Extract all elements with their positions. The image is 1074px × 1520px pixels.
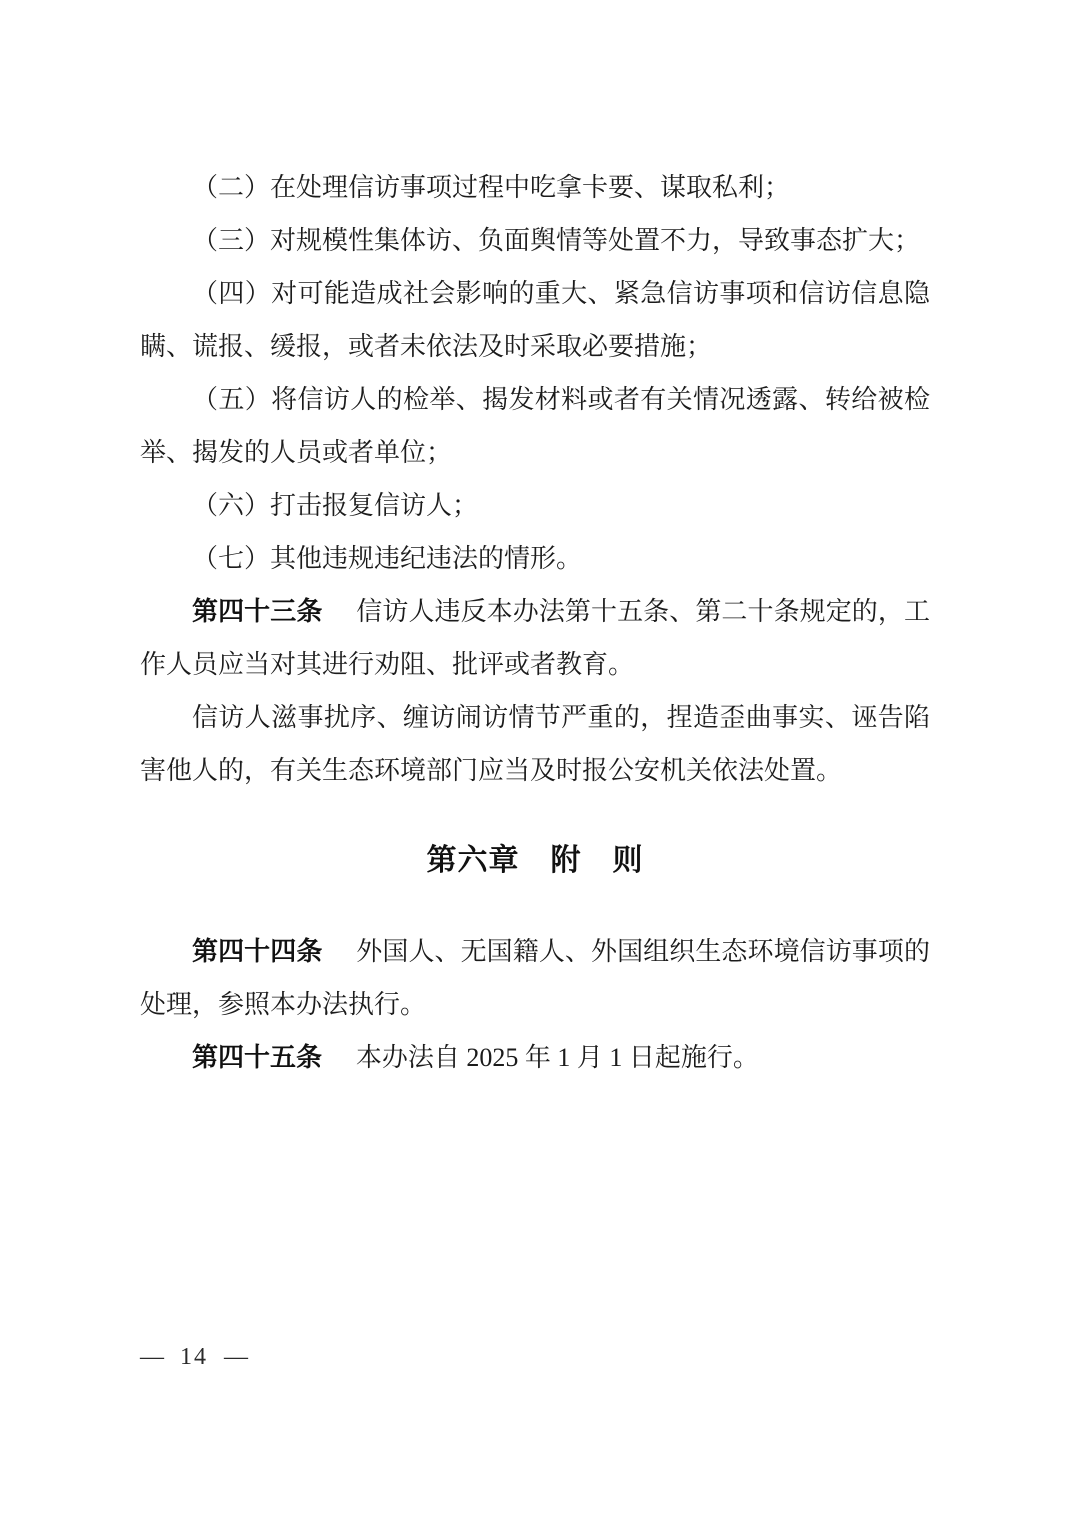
document-page: （二）在处理信访事项过程中吃拿卡要、谋取私利；（三）对规模性集体访、负面舆情等处… xyxy=(0,0,1074,1520)
list-item-paragraph: （五）将信访人的检举、揭发材料或者有关情况透露、转给被检举、揭发的人员或者单位； xyxy=(140,373,930,479)
document-body: （二）在处理信访事项过程中吃拿卡要、谋取私利；（三）对规模性集体访、负面舆情等处… xyxy=(140,161,930,1084)
article-number: 第四十四条 xyxy=(192,936,322,966)
article-number: 第四十三条 xyxy=(192,596,322,626)
list-item-paragraph: （六）打击报复信访人； xyxy=(140,479,930,532)
footer-right-dash: — xyxy=(224,1342,248,1372)
article-paragraph: 第四十五条本办法自 2025 年 1 月 1 日起施行。 xyxy=(140,1031,930,1084)
article-paragraph: 第四十四条外国人、无国籍人、外国组织生态环境信访事项的处理，参照本办法执行。 xyxy=(140,925,930,1031)
list-item-paragraph: （二）在处理信访事项过程中吃拿卡要、谋取私利； xyxy=(140,161,930,214)
list-item-paragraph: （四）对可能造成社会影响的重大、紧急信访事项和信访信息隐瞒、谎报、缓报，或者未依… xyxy=(140,267,930,373)
footer-left-dash: — xyxy=(140,1342,164,1372)
list-item-paragraph: （三）对规模性集体访、负面舆情等处置不力，导致事态扩大； xyxy=(140,214,930,267)
body-paragraph: 信访人滋事扰序、缠访闹访情节严重的，捏造歪曲事实、诬告陷害他人的，有关生态环境部… xyxy=(140,691,930,797)
article-paragraph: 第四十三条信访人违反本办法第十五条、第二十条规定的，工作人员应当对其进行劝阻、批… xyxy=(140,585,930,691)
chapter-heading: 第六章 附 则 xyxy=(140,834,930,887)
page-number: 14 xyxy=(180,1342,208,1372)
list-item-paragraph: （七）其他违规违纪违法的情形。 xyxy=(140,532,930,585)
article-text: 本办法自 2025 年 1 月 1 日起施行。 xyxy=(356,1043,759,1072)
article-number: 第四十五条 xyxy=(192,1042,322,1072)
page-footer: —14— xyxy=(140,1342,248,1372)
